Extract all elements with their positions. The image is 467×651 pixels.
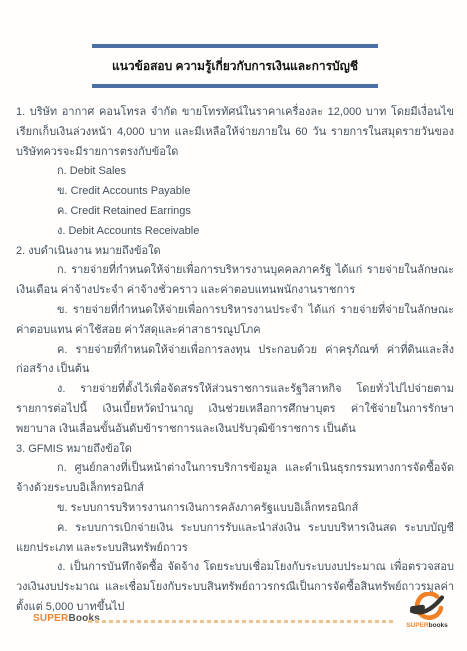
- question-stem: 2. งบดำเนินงาน หมายถึงข้อใด: [16, 242, 454, 262]
- page-footer: SUPERBooks SUPERbooks: [0, 590, 467, 638]
- question-list: 1. บริษัท อากาศ คอนโทรล จำกัด ขายโทรทัศน…: [16, 103, 454, 618]
- choice: ข. ระบบการบริหารงานการเงินการคลังภาครัฐแ…: [16, 499, 454, 519]
- logo-wordmark: SUPERbooks: [401, 622, 453, 629]
- question-stem: 3. GFMIS หมายถึงข้อใด: [16, 440, 454, 460]
- title-block: แนวข้อสอบ ความรู้เกี่ยวกับการเงินและการบ…: [92, 44, 378, 88]
- superbooks-logo: SUPERbooks: [401, 592, 453, 629]
- choice: ค. Credit Retained Earrings: [16, 202, 454, 222]
- choice: ค. รายจ่ายที่กำหนดให้จ่ายเพื่อการลงทุน ป…: [16, 341, 454, 381]
- choice: ข. รายจ่ายที่กำหนดให้จ่ายเพื่อการบริหารง…: [16, 301, 454, 341]
- question-stem: 1. บริษัท อากาศ คอนโทรล จำกัด ขายโทรทัศน…: [16, 103, 454, 162]
- page-title: แนวข้อสอบ ความรู้เกี่ยวกับการเงินและการบ…: [92, 48, 378, 84]
- choice: ก. รายจ่ายที่กำหนดให้จ่ายเพื่อการบริหารง…: [16, 261, 454, 301]
- choice: ง. รายจ่ายที่ตั้งไว้เพื่อจัดสรรให้ส่วนรา…: [16, 380, 454, 439]
- logo-wordmark-suffix: books: [429, 622, 448, 629]
- choice: ก. ศูนย์กลางที่เป็นหน้าต่างในการบริการข้…: [16, 459, 454, 499]
- swoosh-logo-icon: [406, 592, 448, 623]
- logo-wordmark-prefix: SUPER: [406, 622, 428, 629]
- choice: ค. ระบบการเบิกจ่ายเงิน ระบบการรับและนำส่…: [16, 519, 454, 559]
- choice: ก. Debit Sales: [16, 162, 454, 182]
- footer-brand-prefix: SUPER: [33, 613, 68, 624]
- footer-divider: [88, 620, 393, 623]
- bottom-rule: [92, 84, 378, 88]
- document-page: แนวข้อสอบ ความรู้เกี่ยวกับการเงินและการบ…: [0, 0, 467, 651]
- choice: ข. Credit Accounts Payable: [16, 182, 454, 202]
- choice: ง. Debit Accounts Receivable: [16, 222, 454, 242]
